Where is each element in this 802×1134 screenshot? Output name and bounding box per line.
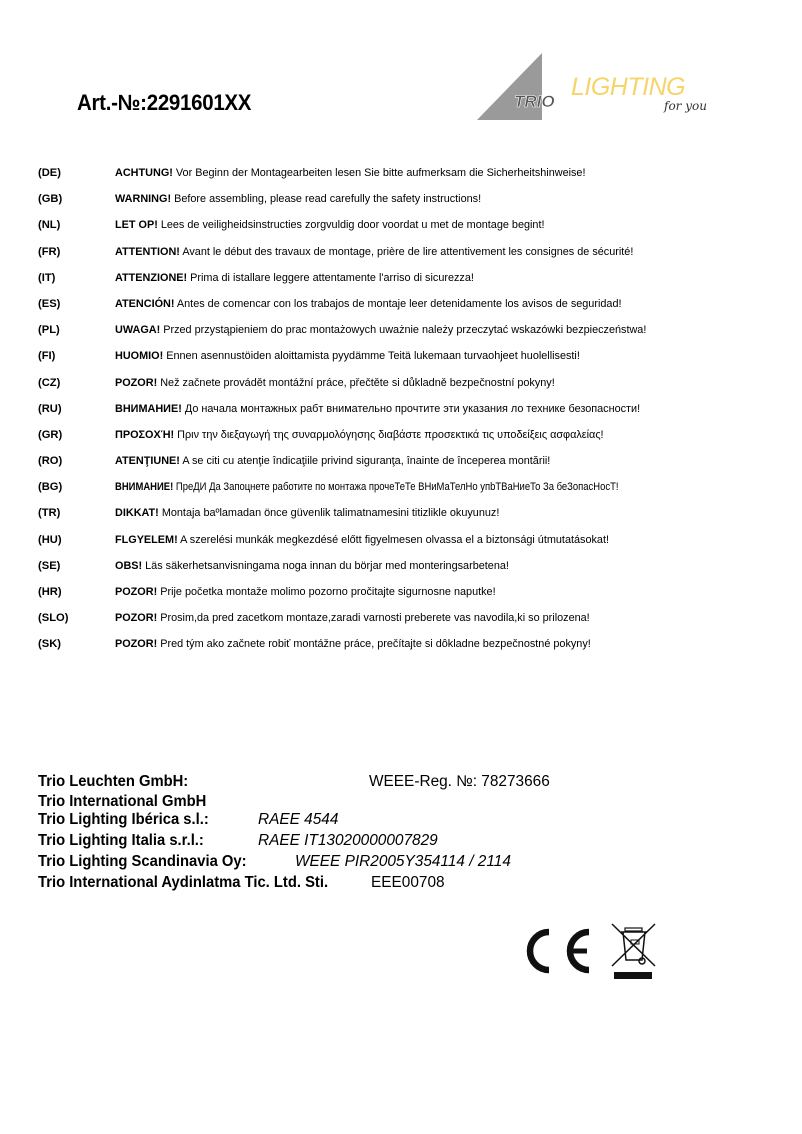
language-code: (HR) <box>38 584 62 600</box>
language-code: (RU) <box>38 401 62 417</box>
warning-keyword: ATENŢIUNE! <box>115 455 180 467</box>
language-code: (HU) <box>38 532 62 548</box>
warning-row-hu: (HU) FLGYELEM! A szerelési munkák megkez… <box>38 532 778 558</box>
warning-keyword: POZOR! <box>115 638 157 650</box>
crossed-bin-icon <box>612 924 655 979</box>
warning-row-fi: (FI) HUOMIO! Ennen asennustöiden aloitta… <box>38 348 778 374</box>
language-code: (GB) <box>38 191 62 207</box>
warning-row-pl: (PL) UWAGA! Przed przystąpieniem do prac… <box>38 322 778 348</box>
warning-row-sk: (SK) POZOR! Pred tým ako začnete robiť m… <box>38 636 778 662</box>
warning-keyword: ATTENZIONE! <box>115 272 187 284</box>
language-code: (NL) <box>38 217 60 233</box>
company-row: Trio International Aydinlatma Tic. Ltd. … <box>38 874 638 895</box>
language-code: (FI) <box>38 348 55 364</box>
warning-text: Ennen asennustöiden aloittamista pyydämm… <box>163 350 580 362</box>
warning-row-hr: (HR) POZOR! Prije početka montaže molimo… <box>38 584 778 610</box>
warning-keyword: OBS! <box>115 560 142 572</box>
warning-text: A se citi cu atenţie îndicaţiile privind… <box>180 455 550 467</box>
company-name: Trio Lighting Scandinavia Oy: <box>38 853 247 871</box>
warning-row-fr: (FR) ATTENTION! Avant le début des trava… <box>38 244 778 270</box>
language-code: (TR) <box>38 505 60 521</box>
logo-for-you: for you <box>663 99 707 113</box>
warning-text: Przed przystąpieniem do prac montażowych… <box>160 324 646 336</box>
warning-row-nl: (NL) LET OP! Lees de veiligheidsinstruct… <box>38 217 778 243</box>
logo-brand: TRIO <box>514 92 555 111</box>
warning-row-es: (ES) ATENCIÓN! Antes de comencar con los… <box>38 296 778 322</box>
language-code: (SK) <box>38 636 61 652</box>
warning-row-tr: (TR) DIKKAT! Montaja baºlamadan önce güv… <box>38 505 778 531</box>
warning-text: Läs säkerhetsanvisningama noga innan du … <box>142 560 509 572</box>
warning-keyword: POZOR! <box>115 377 157 389</box>
warning-row-cz: (CZ) POZOR! Než začnete provádět montážn… <box>38 375 778 401</box>
warning-keyword: ACHTUNG! <box>115 167 173 179</box>
ce-mark-icon <box>530 932 589 970</box>
warning-text: Vor Beginn der Montagearbeiten lesen Sie… <box>173 167 586 179</box>
trio-lighting-logo: TRIO LIGHTING for you <box>474 50 714 125</box>
warning-keyword: ATTENTION! <box>115 246 180 258</box>
language-code: (CZ) <box>38 375 60 391</box>
warning-text: Before assembling, please read carefully… <box>171 193 481 205</box>
language-code: (DE) <box>38 165 61 181</box>
company-row: Trio Lighting Italia s.r.l.: RAEE IT1302… <box>38 832 638 853</box>
warning-keyword: UWAGA! <box>115 324 160 336</box>
language-code: (SE) <box>38 558 60 574</box>
company-name: Trio International Aydinlatma Tic. Ltd. … <box>38 874 328 892</box>
company-name: Trio International GmbH <box>38 793 206 811</box>
language-code: (FR) <box>38 244 60 260</box>
company-registration: EEE00708 <box>371 874 445 892</box>
warning-row-ro: (RO) ATENŢIUNE! A se citi cu atenţie înd… <box>38 453 778 479</box>
company-name: Trio Lighting Italia s.r.l.: <box>38 832 204 850</box>
warning-keyword: ATENCIÓN! <box>115 298 174 310</box>
safety-warnings-list: (DE) ACHTUNG! Vor Beginn der Montagearbe… <box>38 165 778 663</box>
warning-text: Prije početka montaže molimo pozorno pro… <box>157 586 495 598</box>
language-code: (PL) <box>38 322 60 338</box>
company-row: Trio Lighting Ibérica s.l.: RAEE 4544 <box>38 811 638 832</box>
company-name: Trio Lighting Ibérica s.l.: <box>38 811 209 829</box>
company-row: Trio Leuchten GmbH: WEEE-Reg. №: 7827366… <box>38 773 638 793</box>
warning-row-slo: (SLO) POZOR! Prosim,da pred zacetkom mon… <box>38 610 778 636</box>
warning-row-bg: (BG) ВНИМАНИЕ! ПреДИ Да Запоцнете работи… <box>38 479 778 505</box>
warning-text: Prima di istallare leggere attentamente … <box>187 272 474 284</box>
company-registration: WEEE-Reg. №: 78273666 <box>369 773 550 791</box>
warning-keyword: DIKKAT! <box>115 507 159 519</box>
warning-text: ПреДИ Да Запоцнете работите по монтажа п… <box>173 481 618 493</box>
warning-keyword: ВНИМАНИЕ! <box>115 481 173 493</box>
language-code: (RO) <box>38 453 62 469</box>
warning-keyword: POZOR! <box>115 612 157 624</box>
company-registration: RAEE 4544 <box>258 811 338 829</box>
language-code: (SLO) <box>38 610 68 626</box>
company-row: Trio Lighting Scandinavia Oy: WEEE PIR20… <box>38 853 638 874</box>
warning-keyword: POZOR! <box>115 586 157 598</box>
company-row: Trio International GmbH <box>38 793 638 811</box>
warning-row-se: (SE) OBS! Läs säkerhetsanvisningama noga… <box>38 558 778 584</box>
warning-text: Pred tým ako začnete robiť montážne prác… <box>157 638 591 650</box>
warning-row-gr: (GR) ΠΡΟΣΟΧΉ! Πριν την διεξαγωγή της συν… <box>38 427 778 453</box>
warning-text: Lees de veiligheidsinstructies zorgvuldi… <box>158 219 545 231</box>
language-code: (IT) <box>38 270 55 286</box>
warning-text: Montaja baºlamadan önce güvenlik talimat… <box>159 507 500 519</box>
language-code: (ES) <box>38 296 60 312</box>
warning-keyword: WARNING! <box>115 193 171 205</box>
company-name: Trio Leuchten GmbH: <box>38 773 188 791</box>
warning-text: A szerelési munkák megkezdésé előtt figy… <box>178 534 609 546</box>
warning-keyword: LET OP! <box>115 219 158 231</box>
warning-text: Než začnete provádět montážní práce, pře… <box>157 377 555 389</box>
warning-row-ru: (RU) ВНИМАНИЕ! До начала монтажных рабт … <box>38 401 778 427</box>
article-number: Art.-№:2291601XX <box>77 90 251 116</box>
company-registration: WEEE PIR2005Y354114 / 2114 <box>295 853 511 871</box>
warning-row-gb: (GB) WARNING! Before assembling, please … <box>38 191 778 217</box>
warning-keyword: HUOMIO! <box>115 350 163 362</box>
warning-keyword: FLGYELEM! <box>115 534 178 546</box>
warning-text: Antes de comencar con los trabajos de mo… <box>174 298 621 310</box>
language-code: (BG) <box>38 479 62 495</box>
company-registrations: Trio Leuchten GmbH: WEEE-Reg. №: 7827366… <box>38 773 638 895</box>
warning-row-it: (IT) ATTENZIONE! Prima di istallare legg… <box>38 270 778 296</box>
warning-text: Πριν την διεξαγωγή της συναρμολόγησης δι… <box>174 429 603 441</box>
language-code: (GR) <box>38 427 62 443</box>
warning-text: До начала монтажных рабт внимательно про… <box>182 403 640 415</box>
document-page: Art.-№:2291601XX TRIO LIGHTING for you (… <box>0 0 802 1134</box>
warning-row-de: (DE) ACHTUNG! Vor Beginn der Montagearbe… <box>38 165 778 191</box>
company-registration: RAEE IT13020000007829 <box>258 832 438 850</box>
warning-keyword: ВНИМАНИЕ! <box>115 403 182 415</box>
compliance-marks <box>519 920 659 982</box>
logo-lighting: LIGHTING <box>571 73 685 101</box>
warning-text: Prosim,da pred zacetkom montaze,zaradi v… <box>157 612 589 624</box>
warning-keyword: ΠΡΟΣΟΧΉ! <box>115 429 174 441</box>
warning-text: Avant le début des travaux de montage, p… <box>180 246 633 258</box>
